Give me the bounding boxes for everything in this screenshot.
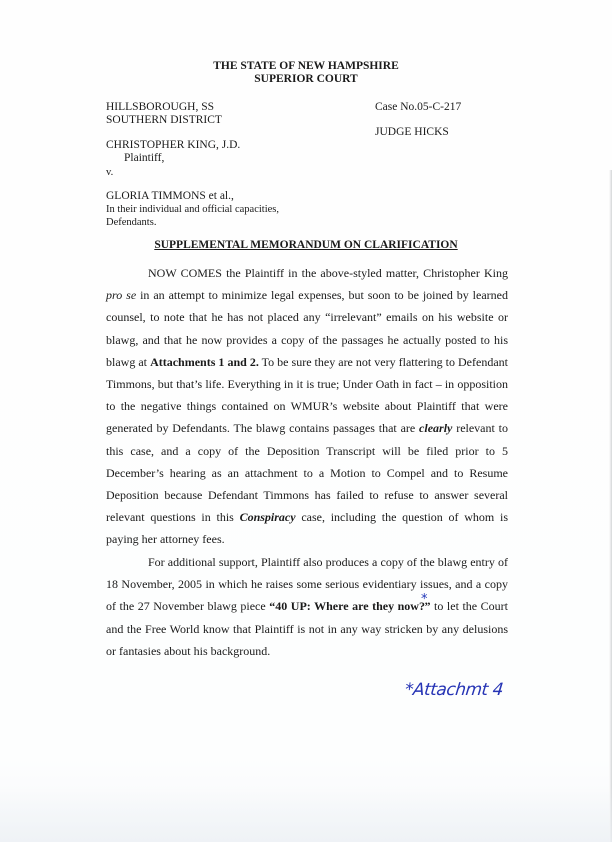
handwritten-note: *Attachmt 4 bbox=[404, 680, 504, 700]
memorandum-body: NOW COMES the Plaintiff in the above-sty… bbox=[106, 262, 508, 663]
paragraph-1: NOW COMES the Plaintiff in the above-sty… bbox=[106, 262, 508, 551]
document-page: THE STATE OF NEW HAMPSHIRE SUPERIOR COUR… bbox=[0, 0, 612, 842]
handwritten-asterisk-icon: * bbox=[421, 592, 428, 607]
versus: v. bbox=[106, 166, 240, 179]
venue-block: HILLSBOROUGH, SS SOUTHERN DISTRICT bbox=[106, 101, 222, 127]
paragraph-2: For additional support, Plaintiff also p… bbox=[106, 551, 508, 663]
defendant-block: GLORIA TIMMONS et al., In their individu… bbox=[106, 190, 279, 229]
county: HILLSBOROUGH, SS bbox=[106, 101, 222, 114]
memorandum-title: SUPPLEMENTAL MEMORANDUM ON CLARIFICATION bbox=[0, 239, 612, 251]
plaintiff-block: CHRISTOPHER KING, J.D. Plaintiff, v. bbox=[106, 139, 240, 179]
defendant-name: GLORIA TIMMONS et al., bbox=[106, 190, 279, 203]
court-header: THE STATE OF NEW HAMPSHIRE SUPERIOR COUR… bbox=[0, 60, 612, 86]
case-number: Case No.05-C-217 bbox=[375, 101, 461, 114]
scan-bottom-shade bbox=[0, 787, 612, 842]
plaintiff-label: Plaintiff, bbox=[106, 152, 240, 165]
blawg-piece-title: “40 UP: Where are they now? bbox=[269, 599, 425, 613]
defendant-capacity: In their individual and official capacit… bbox=[106, 203, 279, 216]
district: SOUTHERN DISTRICT bbox=[106, 114, 222, 127]
plaintiff-name: CHRISTOPHER KING, J.D. bbox=[106, 139, 240, 152]
court-heading: SUPERIOR COURT bbox=[0, 73, 612, 86]
state-heading: THE STATE OF NEW HAMPSHIRE bbox=[0, 60, 612, 73]
judge-name: JUDGE HICKS bbox=[375, 126, 449, 139]
defendant-label: Defendants. bbox=[106, 216, 279, 229]
attachments-reference: Attachments 1 and 2. bbox=[150, 355, 259, 369]
